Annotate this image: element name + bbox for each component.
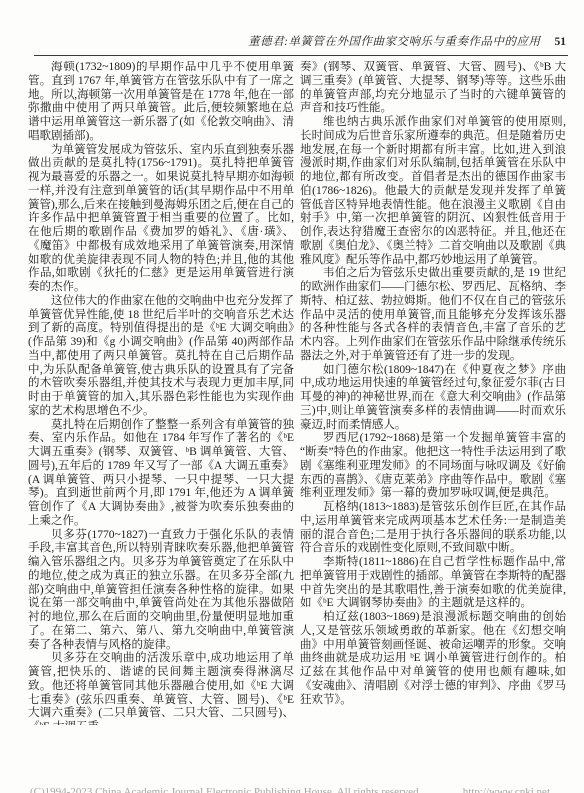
page-number: 51 xyxy=(555,36,567,48)
paragraph: 维也纳古典乐派作曲家们对单簧管的使用原则,长时间成为后世音乐家所遵奉的典范。但是… xyxy=(300,116,566,267)
paragraph: 柏辽兹(1803~1869)是浪漫派标题交响曲的创始人,又是管弦乐领域勇敢的革新… xyxy=(300,611,566,707)
paragraph: 贝多芬(1770~1827)一直致力于强化乐队的表情手段,丰富其音色,所以特别青… xyxy=(28,529,294,653)
header-rule xyxy=(34,55,568,56)
copyright-footer: (C)1994-2023 China Academic Journal Elec… xyxy=(30,786,550,793)
paragraph: 如门德尔松(1809~1847)在《仲夏夜之梦》序曲中,成功地运用快速的单簧管经… xyxy=(300,364,566,433)
running-head: 董德君:单簧管在外国作曲家交响乐与重奏作品中的应用51 xyxy=(24,33,566,49)
paragraph: 莫扎特在后期创作了整整一系列含有单簧管的独奏、室内乐作品。如他在 1784 年写… xyxy=(28,419,294,529)
paragraph: 李斯特(1811~1886)在自己哲学性标题作品中,常把单簧管用于戏剧性的插部。… xyxy=(300,556,566,611)
journal-page: 董德君:单簧管在外国作曲家交响乐与重奏作品中的应用51 海顿(1732~1809… xyxy=(0,0,584,793)
right-column: 奏》(钢琴、双簧管、单簧管、大管、圆号)、《ᵇB 大调三重奏》(单簧管、大提琴、… xyxy=(300,61,566,725)
paragraph: 罗西尼(1792~1868)是第一个发掘单簧管丰富的“断奏”特色的作曲家。他把这… xyxy=(300,432,566,501)
paragraph: 贝多芬在交响曲的活泼乐章中,成功地运用了单簧管,把快乐的、谐谑的民间舞主题演奏得… xyxy=(28,652,294,725)
paragraph: 韦伯之后为管弦乐史做出重要贡献的,是 19 世纪的欧洲作曲家们——门德尔松、罗西… xyxy=(300,267,566,363)
left-column: 海顿(1732~1809)的早期作品中几乎不使用单簧管。直到 1767 年,单簧… xyxy=(28,61,294,725)
footer-url: http://www.cnki.net xyxy=(463,786,550,793)
paragraph: 海顿(1732~1809)的早期作品中几乎不使用单簧管。直到 1767 年,单簧… xyxy=(28,61,294,144)
paragraph: 瓦格纳(1813~1883)是管弦乐创作巨匠,在其作品中,运用单簧管来完成两项基… xyxy=(300,501,566,556)
article-body: 海顿(1732~1809)的早期作品中几乎不使用单簧管。直到 1767 年,单簧… xyxy=(28,61,566,725)
running-title: 董德君:单簧管在外国作曲家交响乐与重奏作品中的应用 xyxy=(248,36,540,48)
paragraph: 这位伟大的作曲家在他的交响曲中也充分发挥了单簧管优异性能,使 18 世纪后半叶的… xyxy=(28,295,294,419)
copyright-text: (C)1994-2023 China Academic Journal Elec… xyxy=(30,786,421,793)
paragraph: 奏》(钢琴、双簧管、单簧管、大管、圆号)、《ᵇB 大调三重奏》(单簧管、大提琴、… xyxy=(300,61,566,116)
paragraph: 为单簧管发展成为管弦乐、室内乐直到独奏乐器做出贡献的是莫扎特(1756~1791… xyxy=(28,144,294,295)
